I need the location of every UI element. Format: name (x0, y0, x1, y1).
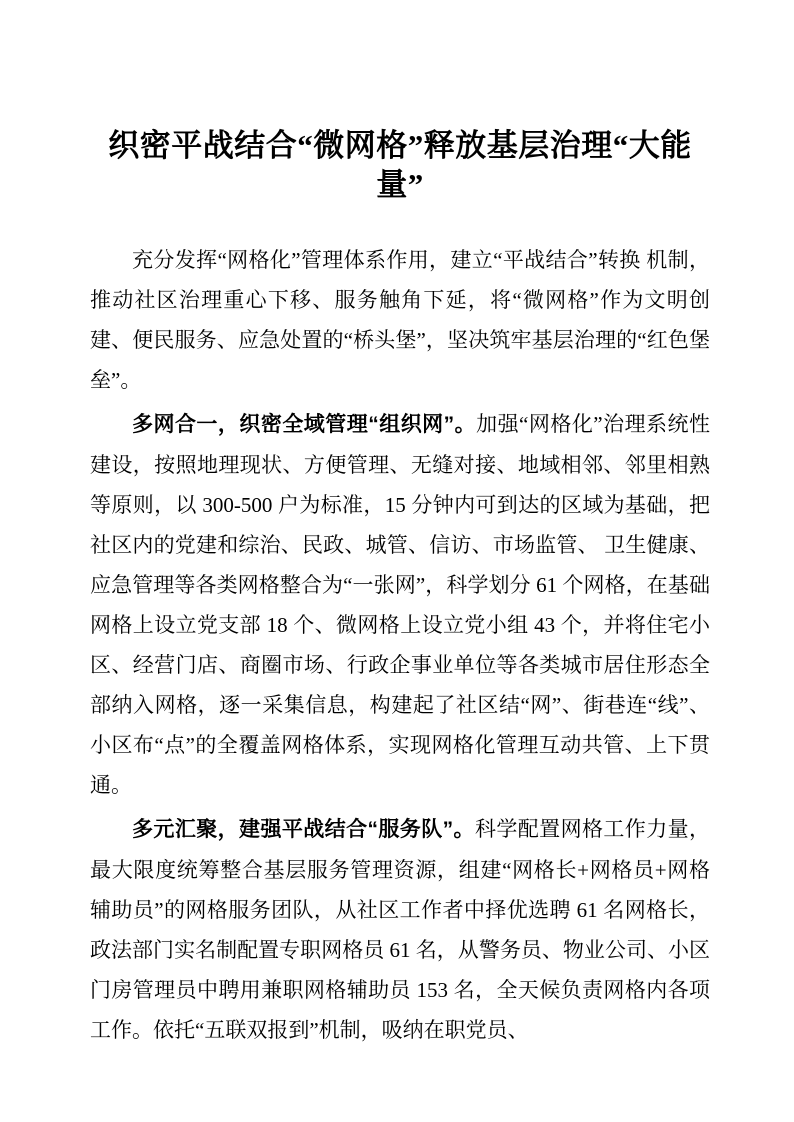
document-title-line-1: 织密平战结合“微网格”释放基层治理“大能 (90, 126, 710, 165)
paragraph-intro: 充分发挥“网格化”管理体系作用，建立“平战结合”转换 机制，推动社区治理重心下移… (90, 240, 710, 400)
paragraph-service-team: 多元汇聚，建强平战结合“服务队”。科学配置网格工作力量，最大限度统筹整合基层服务… (90, 809, 710, 1050)
document-page: 织密平战结合“微网格”释放基层治理“大能 量” 充分发挥“网格化”管理体系作用，… (0, 0, 794, 1122)
document-body: 织密平战结合“微网格”释放基层治理“大能 量” 充分发挥“网格化”管理体系作用，… (90, 126, 710, 1050)
paragraph-organization-net-text: 加强“网格化”治理系统性建设，按照地理现状、方便管理、无缝对接、地域相邻、邻里相… (90, 412, 710, 797)
paragraph-service-team-text: 科学配置网格工作力量，最大限度统筹整合基层服务管理资源，组建“网格长+网格员+网… (90, 817, 710, 1042)
paragraph-organization-net-lead: 多网合一，织密全域管理“组织网”。 (132, 413, 476, 436)
document-title: 织密平战结合“微网格”释放基层治理“大能 量” (90, 126, 710, 204)
paragraph-organization-net: 多网合一，织密全域管理“组织网”。加强“网格化”治理系统性建设，按照地理现状、方… (90, 404, 710, 805)
paragraph-service-team-lead: 多元汇聚，建强平战结合“服务队”。 (132, 818, 475, 841)
paragraph-intro-text: 充分发挥“网格化”管理体系作用，建立“平战结合”转换 机制，推动社区治理重心下移… (90, 248, 710, 392)
document-title-line-2: 量” (90, 165, 710, 204)
